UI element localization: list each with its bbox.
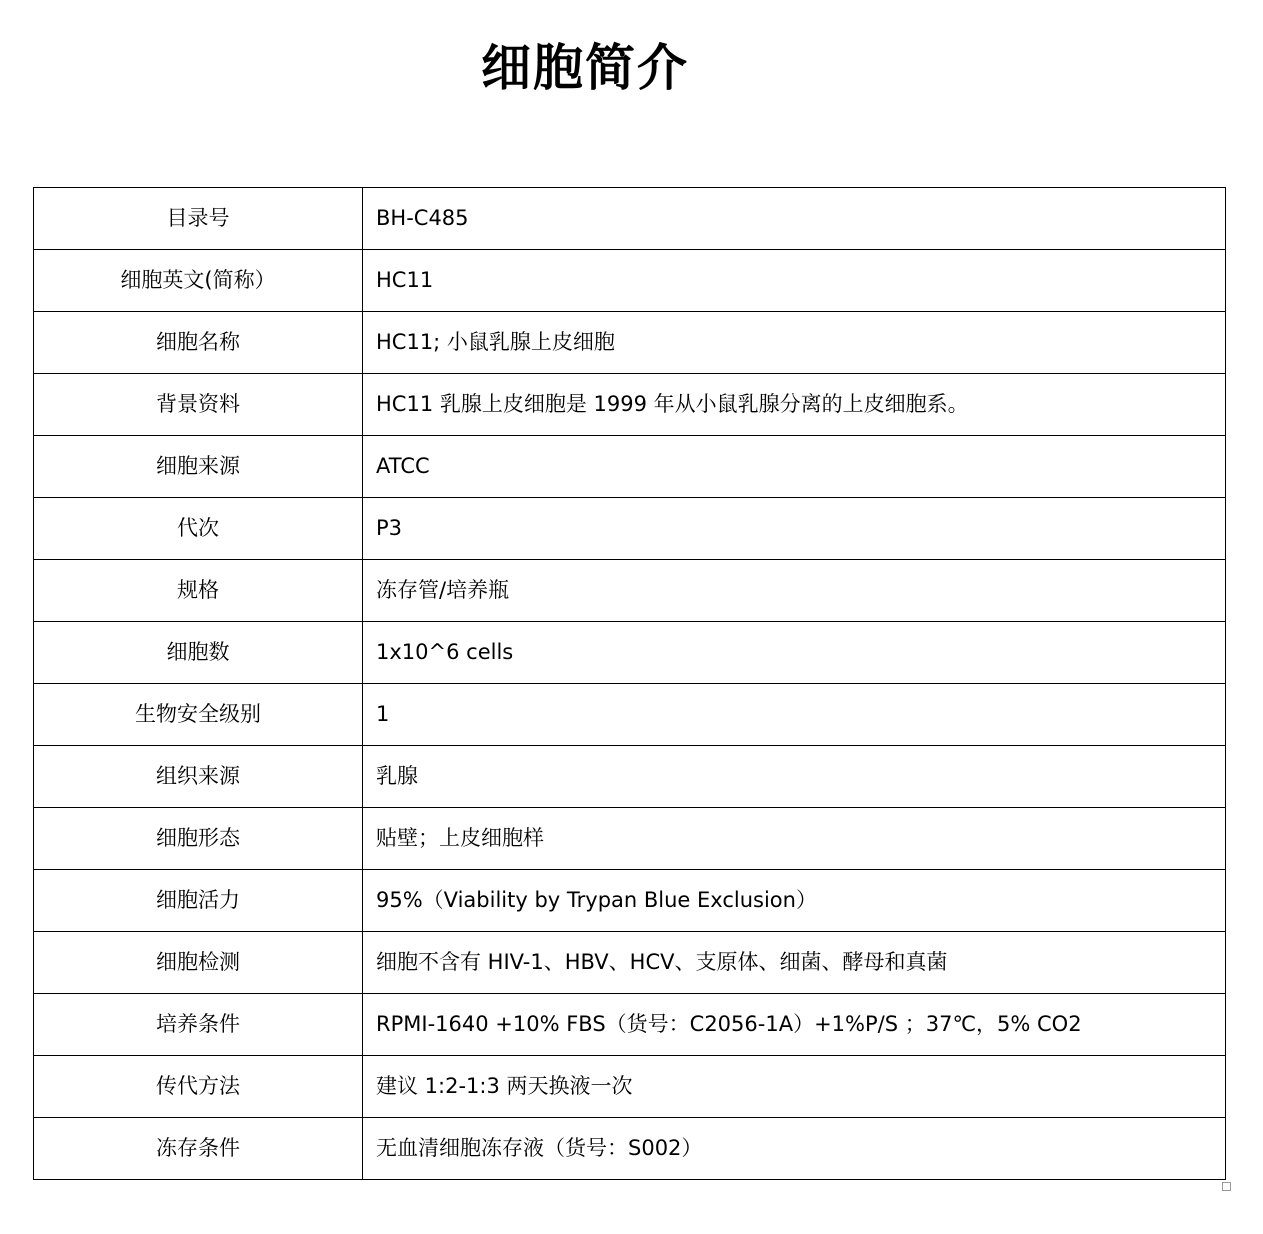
- row-label: 细胞英文(简称）: [34, 250, 363, 312]
- table-row: 细胞形态 贴壁；上皮细胞样: [34, 808, 1226, 870]
- table-resize-handle[interactable]: [1222, 1182, 1231, 1191]
- table-row: 细胞英文(简称） HC11: [34, 250, 1226, 312]
- row-value: HC11: [363, 250, 1226, 312]
- row-label: 传代方法: [34, 1056, 363, 1118]
- row-label: 细胞形态: [34, 808, 363, 870]
- row-label: 目录号: [34, 188, 363, 250]
- row-value: 细胞不含有 HIV-1、HBV、HCV、支原体、细菌、酵母和真菌: [363, 932, 1226, 994]
- row-value: 95%（Viability by Trypan Blue Exclusion）: [363, 870, 1226, 932]
- table-row: 培养条件 RPMI-1640 +10% FBS（货号：C2056-1A）+1%P…: [34, 994, 1226, 1056]
- row-label: 代次: [34, 498, 363, 560]
- row-value: 乳腺: [363, 746, 1226, 808]
- page-title: 细胞简介: [0, 28, 1170, 100]
- table-row: 细胞名称 HC11; 小鼠乳腺上皮细胞: [34, 312, 1226, 374]
- table-row: 规格 冻存管/培养瓶: [34, 560, 1226, 622]
- row-label: 规格: [34, 560, 363, 622]
- row-value: RPMI-1640 +10% FBS（货号：C2056-1A）+1%P/S ；3…: [363, 994, 1226, 1056]
- table-row: 生物安全级别 1: [34, 684, 1226, 746]
- document-page: 细胞简介 目录号 BH-C485 细胞英文(简称） HC11 细胞名称 HC11…: [0, 0, 1263, 1234]
- table-row: 冻存条件 无血清细胞冻存液（货号：S002）: [34, 1118, 1226, 1180]
- row-label: 背景资料: [34, 374, 363, 436]
- row-label: 细胞数: [34, 622, 363, 684]
- cell-info-table: 目录号 BH-C485 细胞英文(简称） HC11 细胞名称 HC11; 小鼠乳…: [33, 187, 1226, 1180]
- row-value: 1: [363, 684, 1226, 746]
- table-row: 细胞检测 细胞不含有 HIV-1、HBV、HCV、支原体、细菌、酵母和真菌: [34, 932, 1226, 994]
- row-value: 建议 1:2-1:3 两天换液一次: [363, 1056, 1226, 1118]
- table-row: 细胞来源 ATCC: [34, 436, 1226, 498]
- row-value: ATCC: [363, 436, 1226, 498]
- row-label: 细胞来源: [34, 436, 363, 498]
- table-row: 组织来源 乳腺: [34, 746, 1226, 808]
- table-row: 代次 P3: [34, 498, 1226, 560]
- row-value: 无血清细胞冻存液（货号：S002）: [363, 1118, 1226, 1180]
- table-row: 细胞活力 95%（Viability by Trypan Blue Exclus…: [34, 870, 1226, 932]
- row-value: 贴壁；上皮细胞样: [363, 808, 1226, 870]
- row-label: 组织来源: [34, 746, 363, 808]
- row-label: 培养条件: [34, 994, 363, 1056]
- row-label: 冻存条件: [34, 1118, 363, 1180]
- row-label: 生物安全级别: [34, 684, 363, 746]
- row-value: HC11 乳腺上皮细胞是 1999 年从小鼠乳腺分离的上皮细胞系。: [363, 374, 1226, 436]
- row-value: 1x10^6 cells: [363, 622, 1226, 684]
- row-label: 细胞检测: [34, 932, 363, 994]
- row-label: 细胞名称: [34, 312, 363, 374]
- row-value: HC11; 小鼠乳腺上皮细胞: [363, 312, 1226, 374]
- row-value: P3: [363, 498, 1226, 560]
- table-row: 背景资料 HC11 乳腺上皮细胞是 1999 年从小鼠乳腺分离的上皮细胞系。: [34, 374, 1226, 436]
- table-row: 传代方法 建议 1:2-1:3 两天换液一次: [34, 1056, 1226, 1118]
- table-row: 细胞数 1x10^6 cells: [34, 622, 1226, 684]
- row-label: 细胞活力: [34, 870, 363, 932]
- table-row: 目录号 BH-C485: [34, 188, 1226, 250]
- row-value: BH-C485: [363, 188, 1226, 250]
- row-value: 冻存管/培养瓶: [363, 560, 1226, 622]
